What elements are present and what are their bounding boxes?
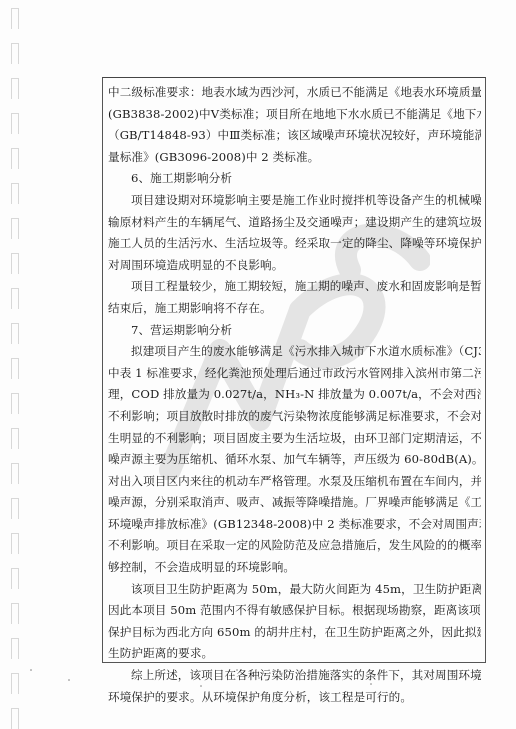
binding-hole bbox=[11, 148, 19, 169]
text-line: 对周围环境造成明显的不良影响。 bbox=[108, 255, 481, 277]
binding-hole bbox=[11, 8, 19, 29]
binding-hole bbox=[11, 603, 19, 624]
text-line: 噪声源，分别采取消声、吸声、减振等降噪措施。厂界噪声能够满足《工业企业厂界 bbox=[108, 492, 481, 514]
text-line: 保护目标为西北方向 650m 的胡井庄村，在卫生防护距离之外，因此拟建的建设符合… bbox=[108, 622, 481, 644]
binding-hole bbox=[11, 638, 19, 659]
text-line: 生防护距离的要求。 bbox=[108, 643, 481, 665]
scan-specks bbox=[0, 665, 516, 729]
text-line: （GB/T14848-93）中Ⅲ类标准；该区域噪声环境状况较好，声环境能满足《声… bbox=[108, 125, 481, 147]
text-frame: 中二级标准要求：地表水域为西沙河，水质已不能满足《地表水环境质量标准》(GB38… bbox=[102, 77, 486, 663]
text-line: 噪声源主要为压缩机、循环水泵、加气车辆等，声压级为 60-80dB(A)。项目建… bbox=[108, 449, 481, 471]
text-line: 量标准》(GB3096-2008)中 2 类标准。 bbox=[108, 147, 481, 169]
binding-hole bbox=[11, 253, 19, 274]
text-line: 施工人员的生活污水、生活垃圾等。经采取一定的降尘、降噪等环境保护措施后，不会 bbox=[108, 233, 481, 255]
text-line: 生明显的不利影响；项目固废主要为生活垃圾，由环卫部门定期清运，不外排；项目 bbox=[108, 428, 481, 450]
text-line: 对出入项目区内来往的机动车严格管理。水泵及压缩机布置在车间内，并根据不同的 bbox=[108, 471, 481, 493]
text-line: 项目工程量较少，施工期较短，施工期的噪声、废水和固废影响是暂时的，施工期 bbox=[108, 276, 481, 298]
text-line: 拟建项目产生的废水能够满足《污水排入城市下水道水质标准》（CJ3082-1999… bbox=[108, 341, 481, 363]
text-line: 该项目卫生防护距离为 50m，最大防火间距为 45m，卫生防护距离大于防火间距， bbox=[108, 579, 481, 601]
binding-hole bbox=[11, 428, 19, 449]
binding-hole bbox=[11, 288, 19, 309]
binding-hole bbox=[11, 498, 19, 519]
binding-hole bbox=[11, 78, 19, 99]
text-line: 因此本项目 50m 范围内不得有敏感保护目标。根据现场勘察，距离该项目最近的敏感 bbox=[108, 600, 481, 622]
text-line: 够控制，不会造成明显的环境影响。 bbox=[108, 557, 481, 579]
binding-hole bbox=[11, 568, 19, 589]
binding-holes bbox=[11, 0, 21, 729]
text-line: 不利影响。项目在采取一定的风险防范及应急措施后，发生风险的的概率较小，且能 bbox=[108, 535, 481, 557]
binding-hole bbox=[11, 533, 19, 554]
text-line: 理，COD 排放量为 0.027t/a，NH₃-N 排放量为 0.007t/a，… bbox=[108, 384, 481, 406]
binding-hole bbox=[11, 323, 19, 344]
text-line: 输原材料产生的车辆尾气、道路扬尘及交通噪声；建设期产生的建筑垃圾、施工污水； bbox=[108, 212, 481, 234]
binding-hole bbox=[11, 393, 19, 414]
text-line: 环境噪声排放标准》(GB12348-2008)中 2 类标准要求，不会对周围声环… bbox=[108, 514, 481, 536]
text-line: 中二级标准要求：地表水域为西沙河，水质已不能满足《地表水环境质量标准》 bbox=[108, 82, 481, 104]
text-line: (GB3838-2002)中Ⅴ类标准；项目所在地地下水水质已不能满足《地下水质量… bbox=[108, 104, 481, 126]
binding-hole bbox=[11, 113, 19, 134]
binding-hole bbox=[11, 183, 19, 204]
binding-hole bbox=[11, 358, 19, 379]
text-line: 项目建设期对环境影响主要是施工作业时搅拌机等设备产生的机械噪声、粉尘；运 bbox=[108, 190, 481, 212]
binding-hole bbox=[11, 43, 19, 64]
binding-hole bbox=[11, 463, 19, 484]
section-heading: 7、营运期影响分析 bbox=[108, 320, 481, 342]
text-line: 不利影响；项目放散时排放的废气污染物浓度能够满足标准要求，不会对周围环境产 bbox=[108, 406, 481, 428]
binding-hole bbox=[11, 218, 19, 239]
text-line: 结束后，施工期影响将不存在。 bbox=[108, 298, 481, 320]
text-line: 中表 1 标准要求，经化粪池预处理后通过市政污水管网排入滨州市第二污水处理厂处 bbox=[108, 363, 481, 385]
section-heading: 6、施工期影响分析 bbox=[108, 168, 481, 190]
